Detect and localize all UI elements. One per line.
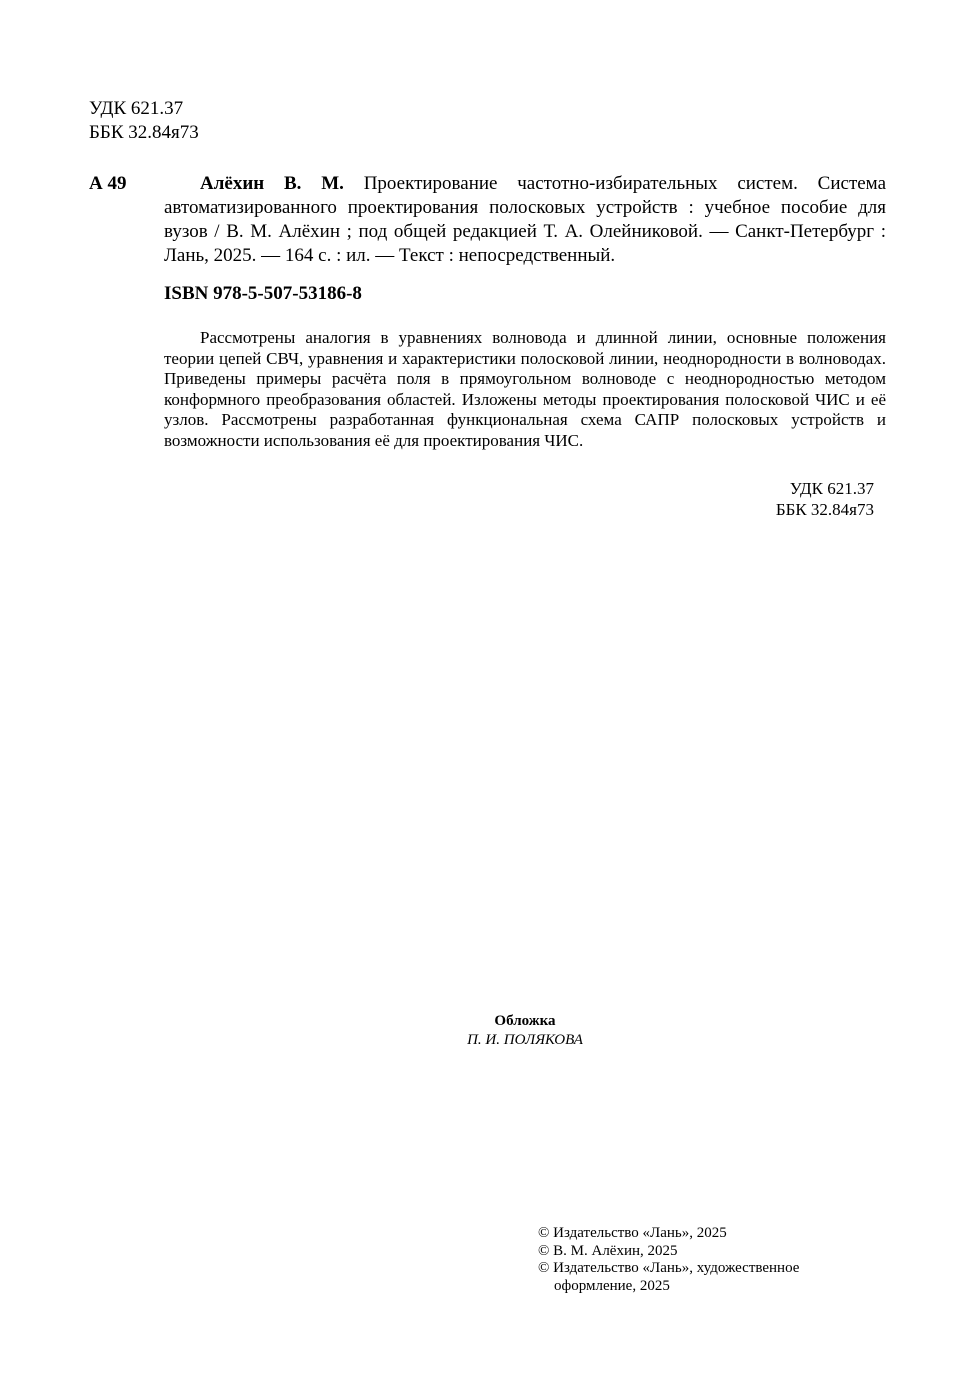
bbk-code: ББК 32.84я73 (89, 121, 199, 145)
copyright-block: © Издательство «Лань», 2025 © В. М. Алёх… (538, 1225, 858, 1295)
cover-label: Обложка (400, 1012, 650, 1031)
abstract: Рассмотрены аналогия в уравнениях волнов… (164, 328, 886, 451)
bibliographic-record: Алёхин В. М. Проектирование частотно-изб… (164, 172, 886, 268)
bbk-code: ББК 32.84я73 (740, 499, 874, 520)
cover-credit: Обложка П. И. ПОЛЯКОВА (400, 1012, 650, 1050)
cover-designer: П. И. ПОЛЯКОВА (400, 1031, 650, 1050)
udk-code: УДК 621.37 (740, 478, 874, 499)
author-mark: А 49 (89, 172, 126, 196)
classification-header: УДК 621.37 ББК 32.84я73 (89, 97, 199, 145)
udk-code: УДК 621.37 (89, 97, 199, 121)
classification-footer: УДК 621.37 ББК 32.84я73 (740, 478, 874, 520)
copyright-line: © В. М. Алёхин, 2025 (538, 1243, 858, 1261)
copyright-line: © Издательство «Лань», 2025 (538, 1225, 858, 1243)
copyright-line: © Издательство «Лань», художественное оф… (538, 1260, 858, 1295)
isbn: ISBN 978-5-507-53186-8 (164, 282, 362, 306)
author-name: Алёхин В. М. (200, 173, 344, 194)
